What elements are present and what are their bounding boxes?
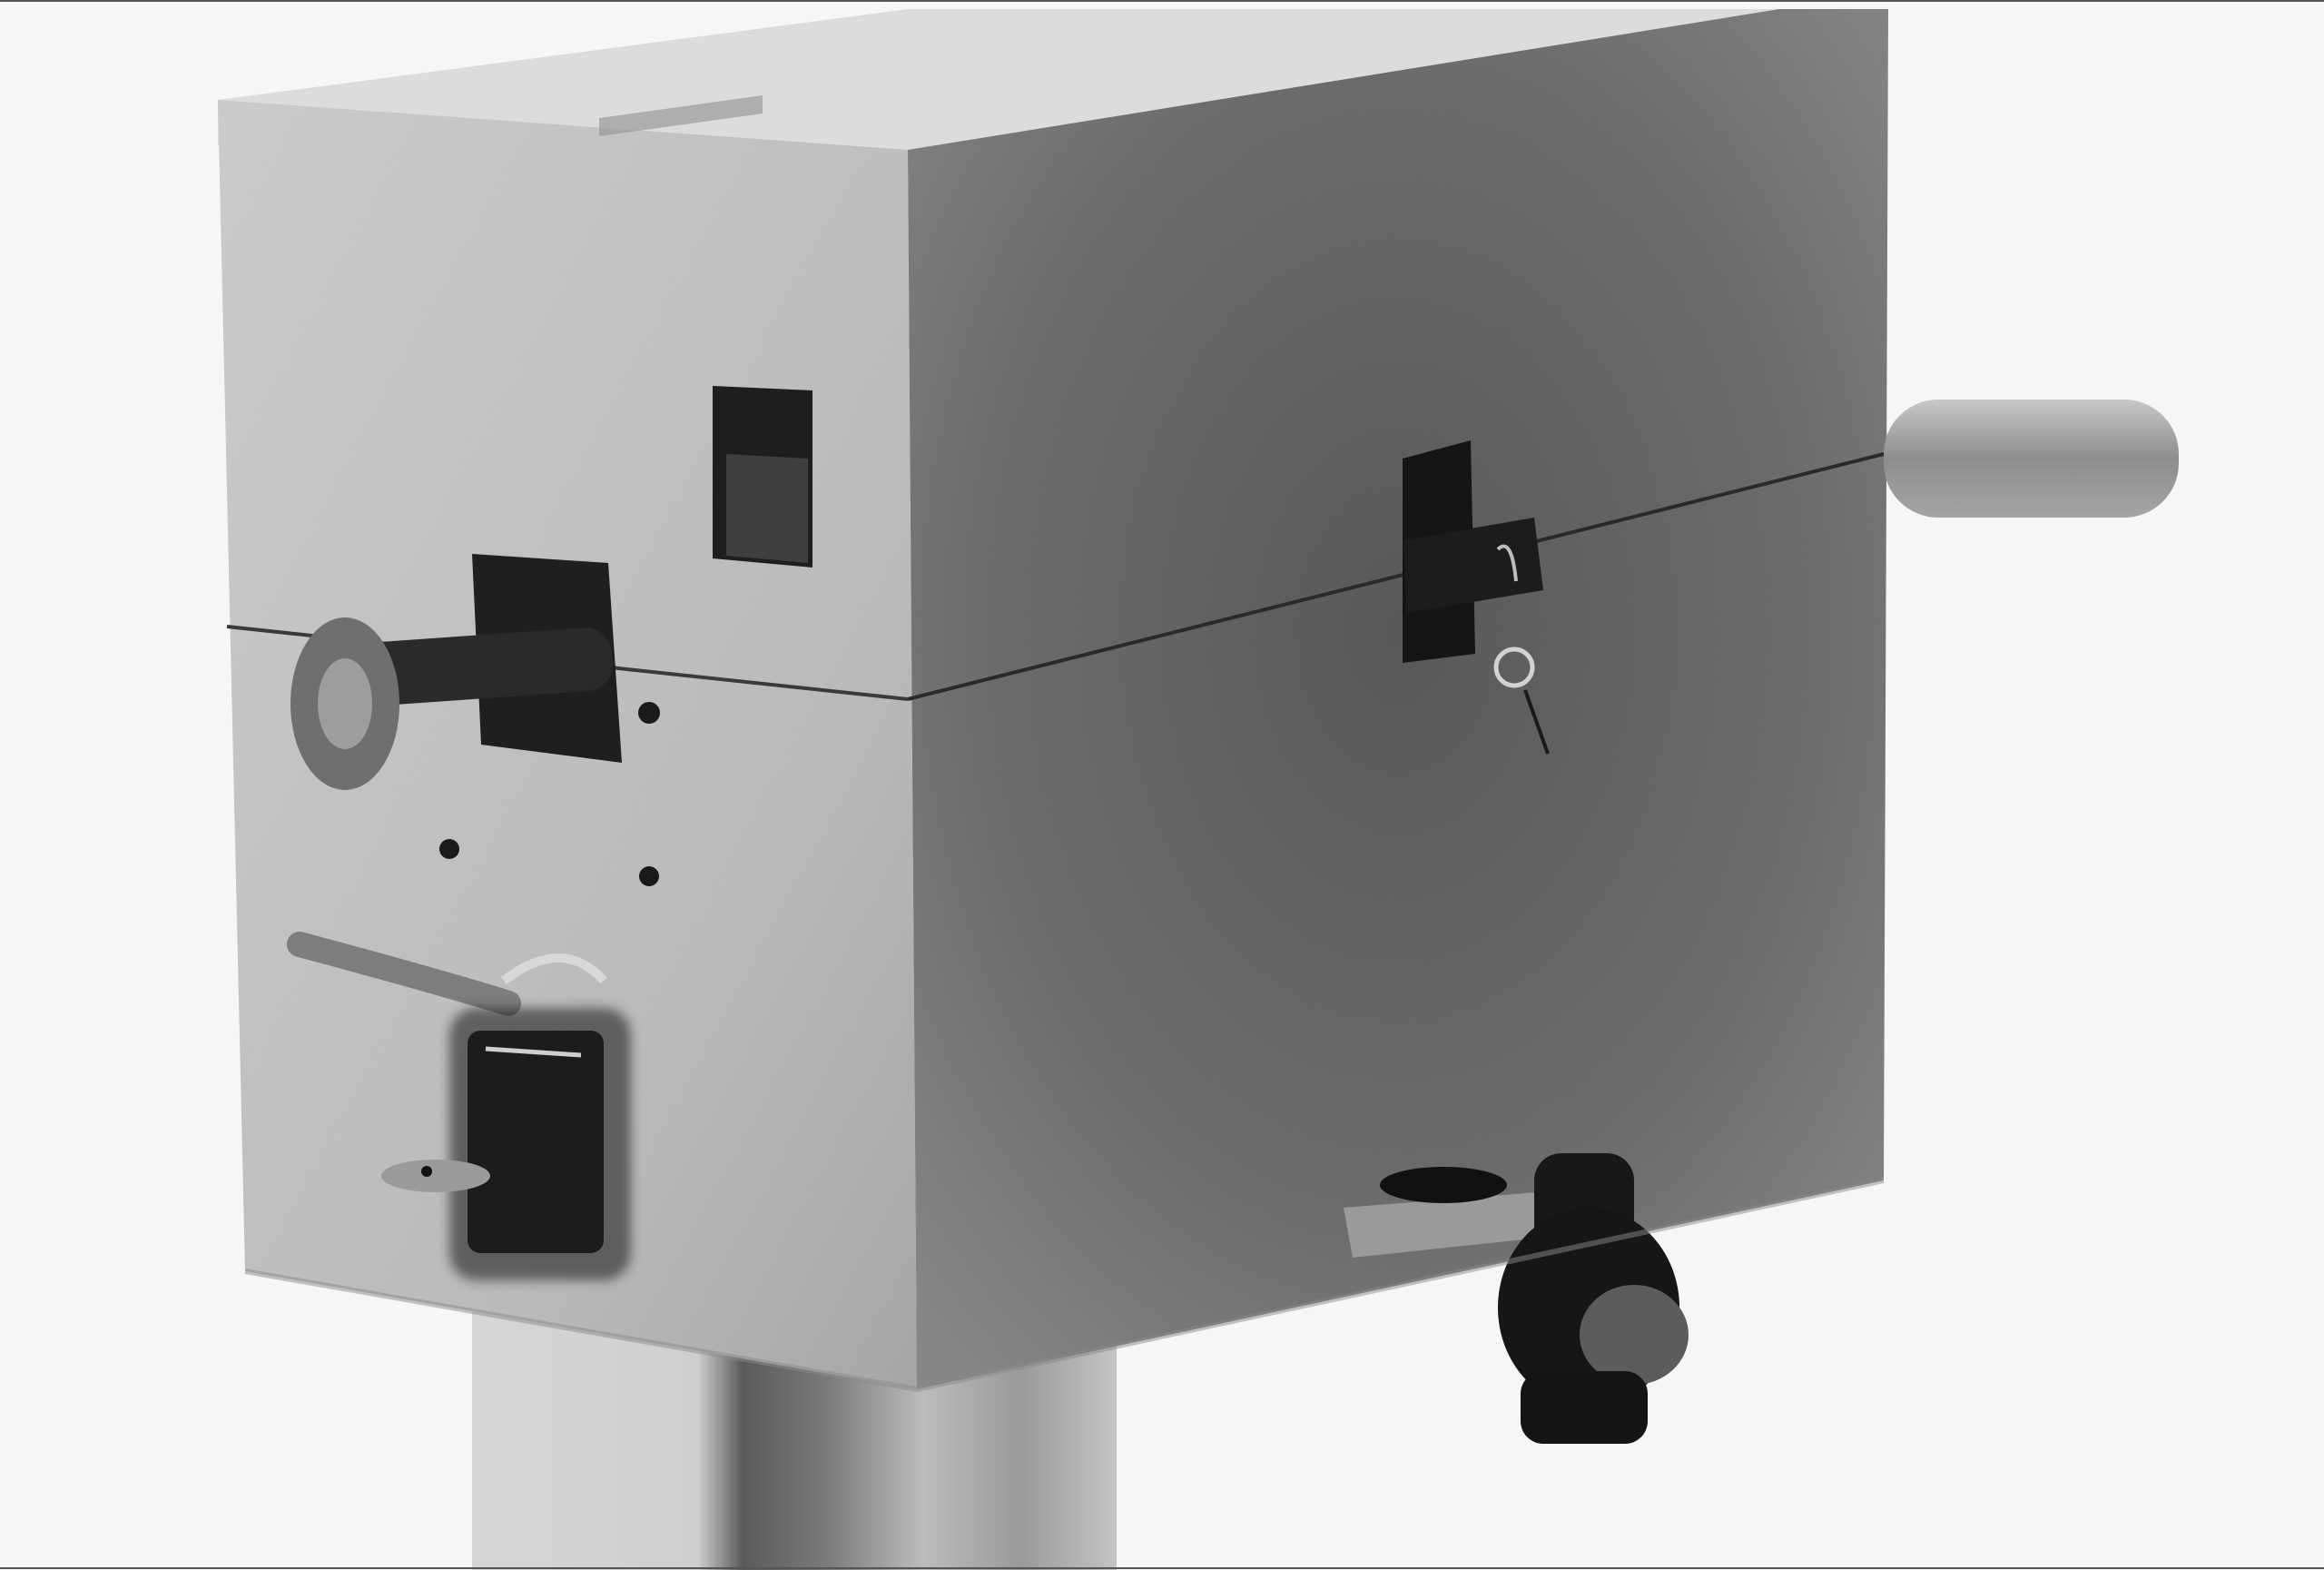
rivet — [639, 866, 659, 886]
rivet — [439, 839, 459, 859]
photo-scene — [0, 0, 2324, 1570]
photograph: Black and white photo of a locked metal … — [0, 0, 2324, 1570]
side-rod — [1884, 400, 2179, 518]
